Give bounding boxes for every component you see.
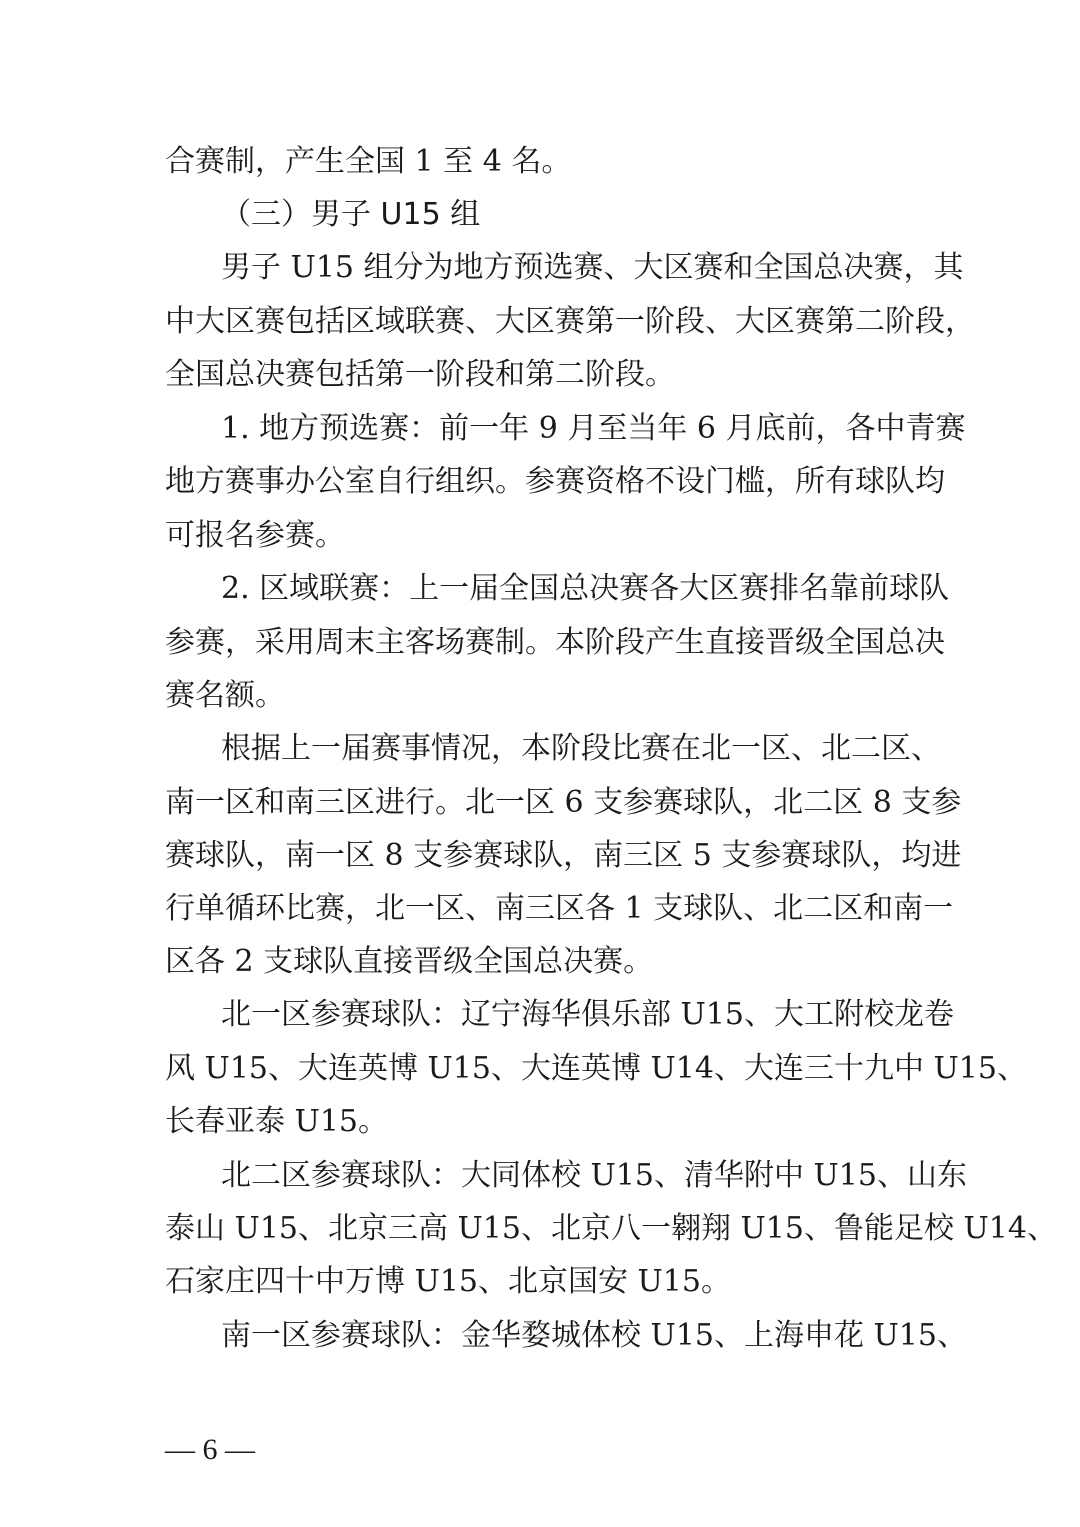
paragraph-line: 风 U15、大连英博 U15、大连英博 U14、大连三十九中 U15、 xyxy=(165,1049,915,1089)
paragraph-line: 合赛制，产生全国 1 至 4 名。 xyxy=(165,142,915,182)
paragraph-line: 泰山 U15、北京三高 U15、北京八一翱翔 U15、鲁能足校 U14、 xyxy=(165,1209,915,1249)
paragraph-line: 长春亚泰 U15。 xyxy=(165,1102,915,1142)
paragraph-line: 可报名参赛。 xyxy=(165,516,915,556)
paragraph-line: 南一区参赛球队：金华婺城体校 U15、上海申花 U15、 xyxy=(221,1316,915,1356)
paragraph-line: 行单循环比赛，北一区、南三区各 1 支球队、北二区和南一 xyxy=(165,889,915,929)
paragraph-line: 2. 区域联赛：上一届全国总决赛各大区赛排名靠前球队 xyxy=(221,569,915,609)
paragraph-line: 地方赛事办公室自行组织。参赛资格不设门槛，所有球队均 xyxy=(165,462,915,502)
paragraph-line: 北一区参赛球队：辽宁海华俱乐部 U15、大工附校龙卷 xyxy=(221,995,915,1035)
paragraph-line: 参赛，采用周末主客场赛制。本阶段产生直接晋级全国总决 xyxy=(165,623,915,663)
paragraph-line: 根据上一届赛事情况，本阶段比赛在北一区、北二区、 xyxy=(221,729,915,769)
paragraph-line: 全国总决赛包括第一阶段和第二阶段。 xyxy=(165,355,915,395)
paragraph-line: 1. 地方预选赛：前一年 9 月至当年 6 月底前，各中青赛 xyxy=(221,409,915,449)
page-number: — 6 — xyxy=(165,1430,255,1470)
paragraph-line: 区各 2 支球队直接晋级全国总决赛。 xyxy=(165,942,915,982)
paragraph-line: 南一区和南三区进行。北一区 6 支参赛球队，北二区 8 支参 xyxy=(165,783,915,823)
paragraph-line: 石家庄四十中万博 U15、北京国安 U15。 xyxy=(165,1262,915,1302)
section-heading: （三）男子 U15 组 xyxy=(221,195,915,235)
paragraph-line: 赛球队，南一区 8 支参赛球队，南三区 5 支参赛球队，均进 xyxy=(165,836,915,876)
document-page: 合赛制，产生全国 1 至 4 名。（三）男子 U15 组男子 U15 组分为地方… xyxy=(0,0,1080,1527)
paragraph-line: 赛名额。 xyxy=(165,676,915,716)
paragraph-line: 北二区参赛球队：大同体校 U15、清华附中 U15、山东 xyxy=(221,1156,915,1196)
paragraph-line: 男子 U15 组分为地方预选赛、大区赛和全国总决赛，其 xyxy=(221,248,915,288)
paragraph-line: 中大区赛包括区域联赛、大区赛第一阶段、大区赛第二阶段， xyxy=(165,302,915,342)
